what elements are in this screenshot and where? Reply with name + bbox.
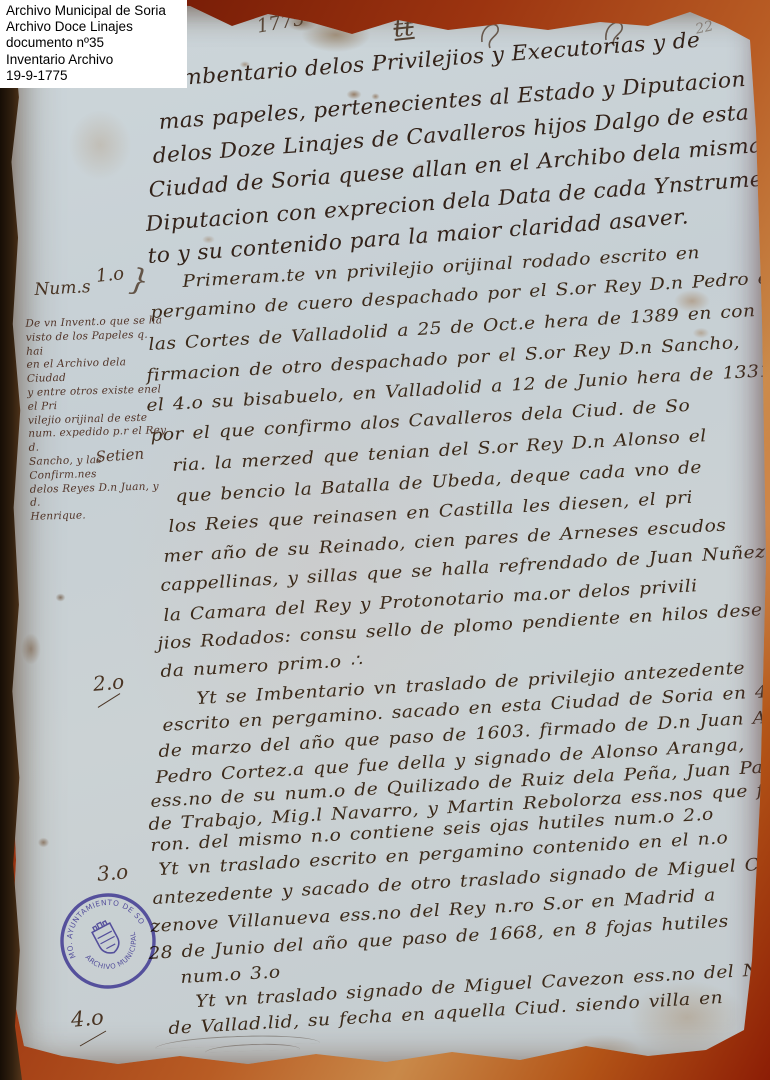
archive-label-line: Archivo Municipal de Soria (6, 3, 183, 19)
margin-item2-number: 2.o (92, 669, 125, 696)
margin-note: De vn Invent.o que se ha visto de los Pa… (25, 314, 170, 525)
archive-label-line: documento nº35 (6, 35, 183, 51)
year-mark: 1775 (255, 8, 306, 38)
archive-label-line: Archivo Doce Linajes (6, 19, 183, 35)
archive-label: Archivo Municipal de Soria Archivo Doce … (0, 0, 187, 88)
manuscript-line: num.o 3.o (180, 964, 281, 987)
margin-item1-bracket: } (127, 262, 151, 299)
margin-note-line: visto de los Papeles q. hai (26, 328, 167, 359)
archive-label-line: Inventario Archivo (6, 52, 183, 68)
manuscript-line: da numero prim.o ∴ (160, 653, 363, 681)
crossed-mark: tt (392, 12, 415, 43)
margin-item4-slash (80, 1031, 106, 1047)
folio-number: 99 (714, 6, 736, 27)
manuscript-photo: 1775 tt 22 99 Ymbentario delos Privileji… (0, 0, 770, 1080)
margin-signature: Setien (95, 445, 145, 466)
margin-num-header: Num.s (34, 277, 91, 300)
margin-note-line: delos Reyes D.n Juan, y d. (30, 480, 171, 511)
margin-note-line: Henrique. (30, 507, 170, 524)
margin-item1-number: 1.o (95, 263, 125, 287)
margin-item2-slash (98, 693, 121, 708)
margin-note-line: y entre otros existe enel el Pri (27, 383, 168, 414)
archive-label-line: 19-9-1775 (6, 68, 183, 84)
margin-note-line: en el Archivo dela Ciudad (26, 356, 167, 387)
stamp-coat-of-arms-icon (90, 919, 123, 958)
